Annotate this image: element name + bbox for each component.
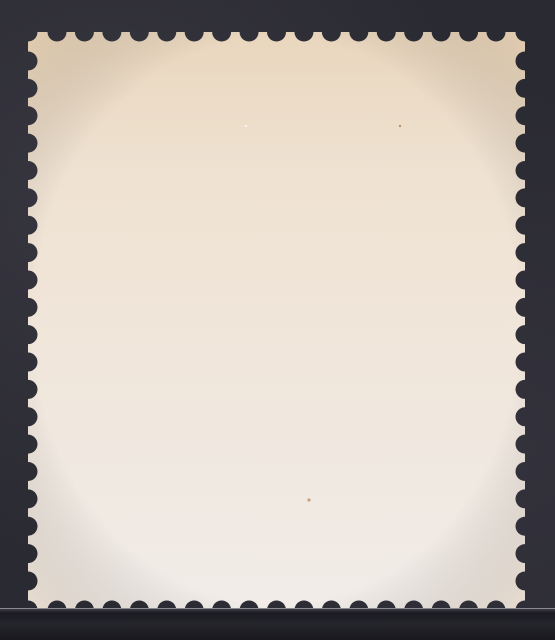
speck-mark [399,125,401,127]
stamp-back [0,0,555,640]
speck-mark [307,498,310,501]
photo-scene [0,0,555,640]
speck-mark [245,125,247,127]
stamp [0,0,555,640]
mount-strip [0,608,555,640]
